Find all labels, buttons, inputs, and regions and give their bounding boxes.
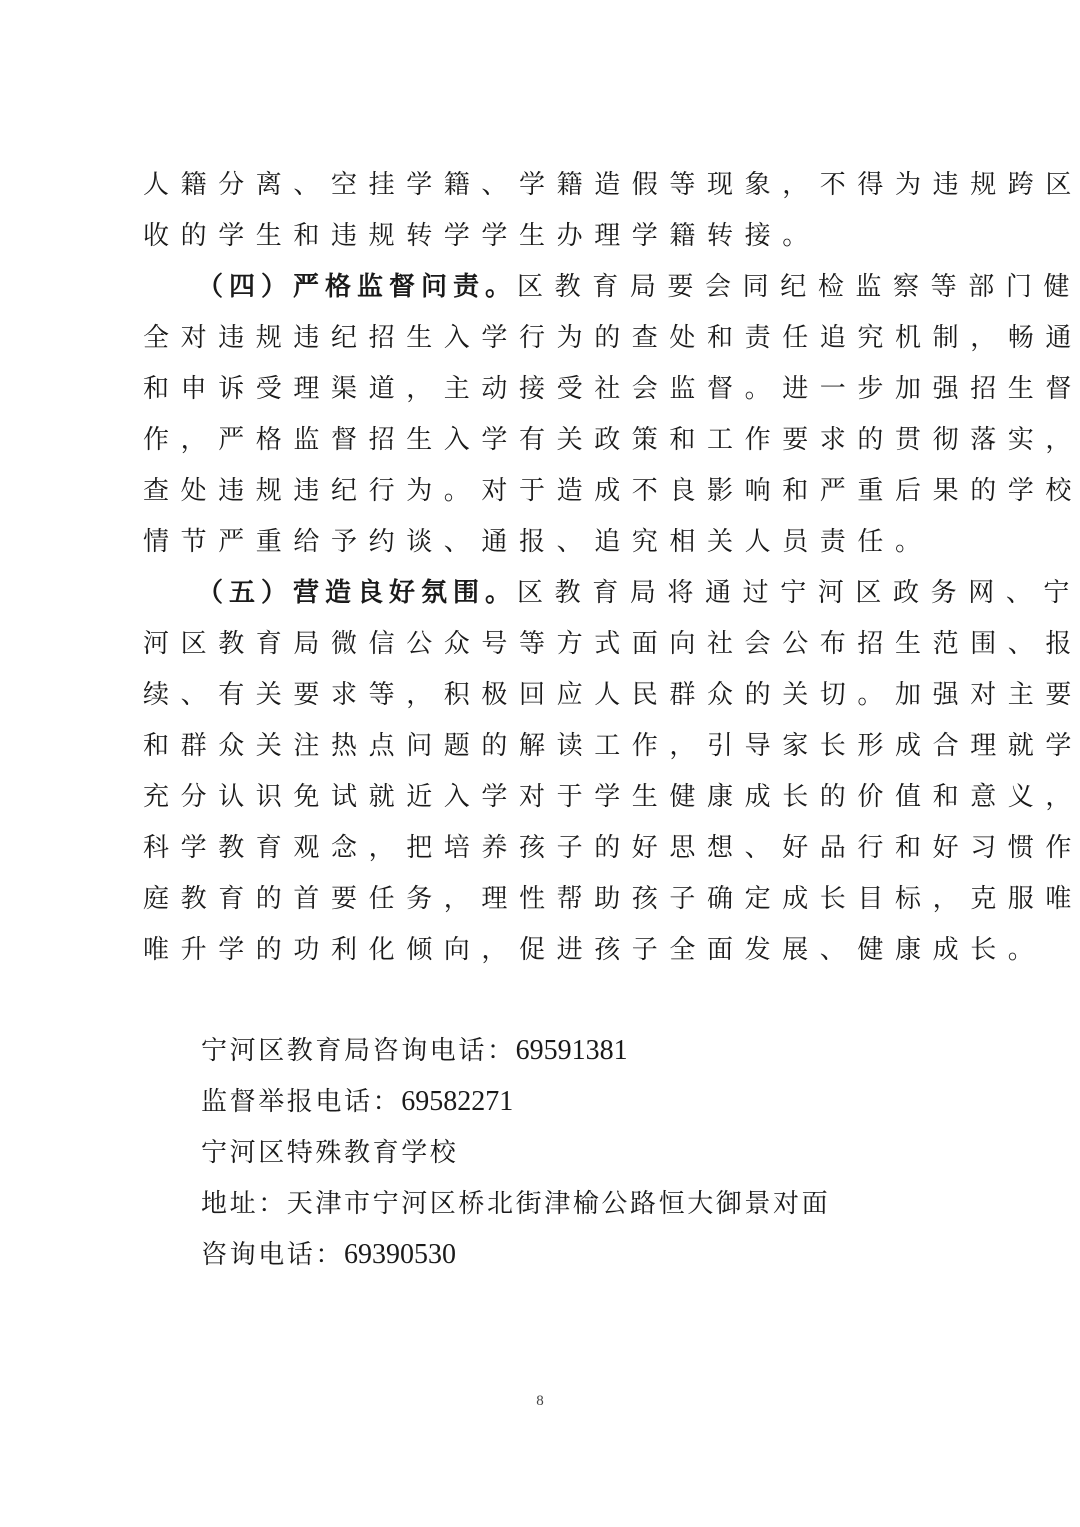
paragraph-line: 科学教育观念，把培养孩子的好思想、好品行和好习惯作为家: [143, 823, 943, 874]
paragraph-line: 收的学生和违规转学学生办理学籍转接。: [143, 211, 943, 262]
paragraph-line: 和申诉受理渠道，主动接受社会监督。进一步加强招生督查工: [143, 364, 943, 415]
contact-address: 地址：天津市宁河区桥北街津榆公路恒大御景对面: [201, 1178, 901, 1229]
contact-phone: 69591381: [516, 1035, 628, 1066]
paragraph-line: 情节严重给予约谈、通报、追究相关人员责任。: [143, 517, 943, 568]
contact-education-bureau: 宁河区教育局咨询电话：69591381: [201, 1025, 901, 1076]
contact-label: 监督举报电话：: [201, 1087, 401, 1117]
contact-label: 宁河区教育局咨询电话：: [201, 1036, 516, 1066]
section-5-first-line: （五）营造良好氛围。区教育局将通过宁河区政务网、宁: [143, 568, 943, 619]
paragraph-line: 充分认识免试就近入学对于学生健康成长的价值和意义，树立: [143, 772, 943, 823]
paragraph-line: 全对违规违纪招生入学行为的查处和责任追究机制，畅通举报: [143, 313, 943, 364]
document-body: 人籍分离、空挂学籍、学籍造假等现象，不得为违规跨区域招 收的学生和违规转学学生办…: [143, 160, 943, 976]
contact-label: 咨询电话：: [201, 1240, 344, 1270]
section-5-first-line-text: 区教育局将通过宁河区政务网、宁: [517, 578, 1080, 608]
contact-supervision: 监督举报电话：69582271: [201, 1076, 901, 1127]
contact-label: 宁河区特殊教育学校: [201, 1138, 458, 1168]
contact-label: 地址：天津市宁河区桥北街津榆公路恒大御景对面: [201, 1189, 830, 1219]
paragraph-line: 河区教育局微信公众号等方式面向社会公布招生范围、报名手: [143, 619, 943, 670]
contact-school-phone: 咨询电话：69390530: [201, 1229, 901, 1280]
paragraph-line: 人籍分离、空挂学籍、学籍造假等现象，不得为违规跨区域招: [143, 160, 943, 211]
paragraph-line: 作，严格监督招生入学有关政策和工作要求的贯彻落实，严肃: [143, 415, 943, 466]
contact-special-school: 宁河区特殊教育学校: [201, 1127, 901, 1178]
section-4-heading: （四）严格监督问责。: [197, 272, 517, 302]
paragraph-line: 唯升学的功利化倾向，促进孩子全面发展、健康成长。: [143, 925, 943, 976]
section-4-first-line: （四）严格监督问责。区教育局要会同纪检监察等部门健: [143, 262, 943, 313]
paragraph-line: 续、有关要求等，积极回应人民群众的关切。加强对主要政策: [143, 670, 943, 721]
paragraph-line: 和群众关注热点问题的解读工作，引导家长形成合理就学预期，: [143, 721, 943, 772]
section-5-heading: （五）营造良好氛围。: [197, 578, 517, 608]
section-4-first-line-text: 区教育局要会同纪检监察等部门健: [517, 272, 1080, 302]
paragraph-line: 庭教育的首要任务，理性帮助孩子确定成长目标，克服唯分数、: [143, 874, 943, 925]
document-page: 人籍分离、空挂学籍、学籍造假等现象，不得为违规跨区域招 收的学生和违规转学学生办…: [0, 0, 1080, 1527]
contact-phone: 69582271: [401, 1086, 513, 1117]
contact-block: 宁河区教育局咨询电话：69591381 监督举报电话：69582271 宁河区特…: [201, 1025, 901, 1280]
paragraph-line: 查处违规违纪行为。对于造成不良影响和严重后果的学校，视: [143, 466, 943, 517]
contact-phone: 69390530: [344, 1239, 456, 1270]
page-number: 8: [0, 1393, 1080, 1410]
